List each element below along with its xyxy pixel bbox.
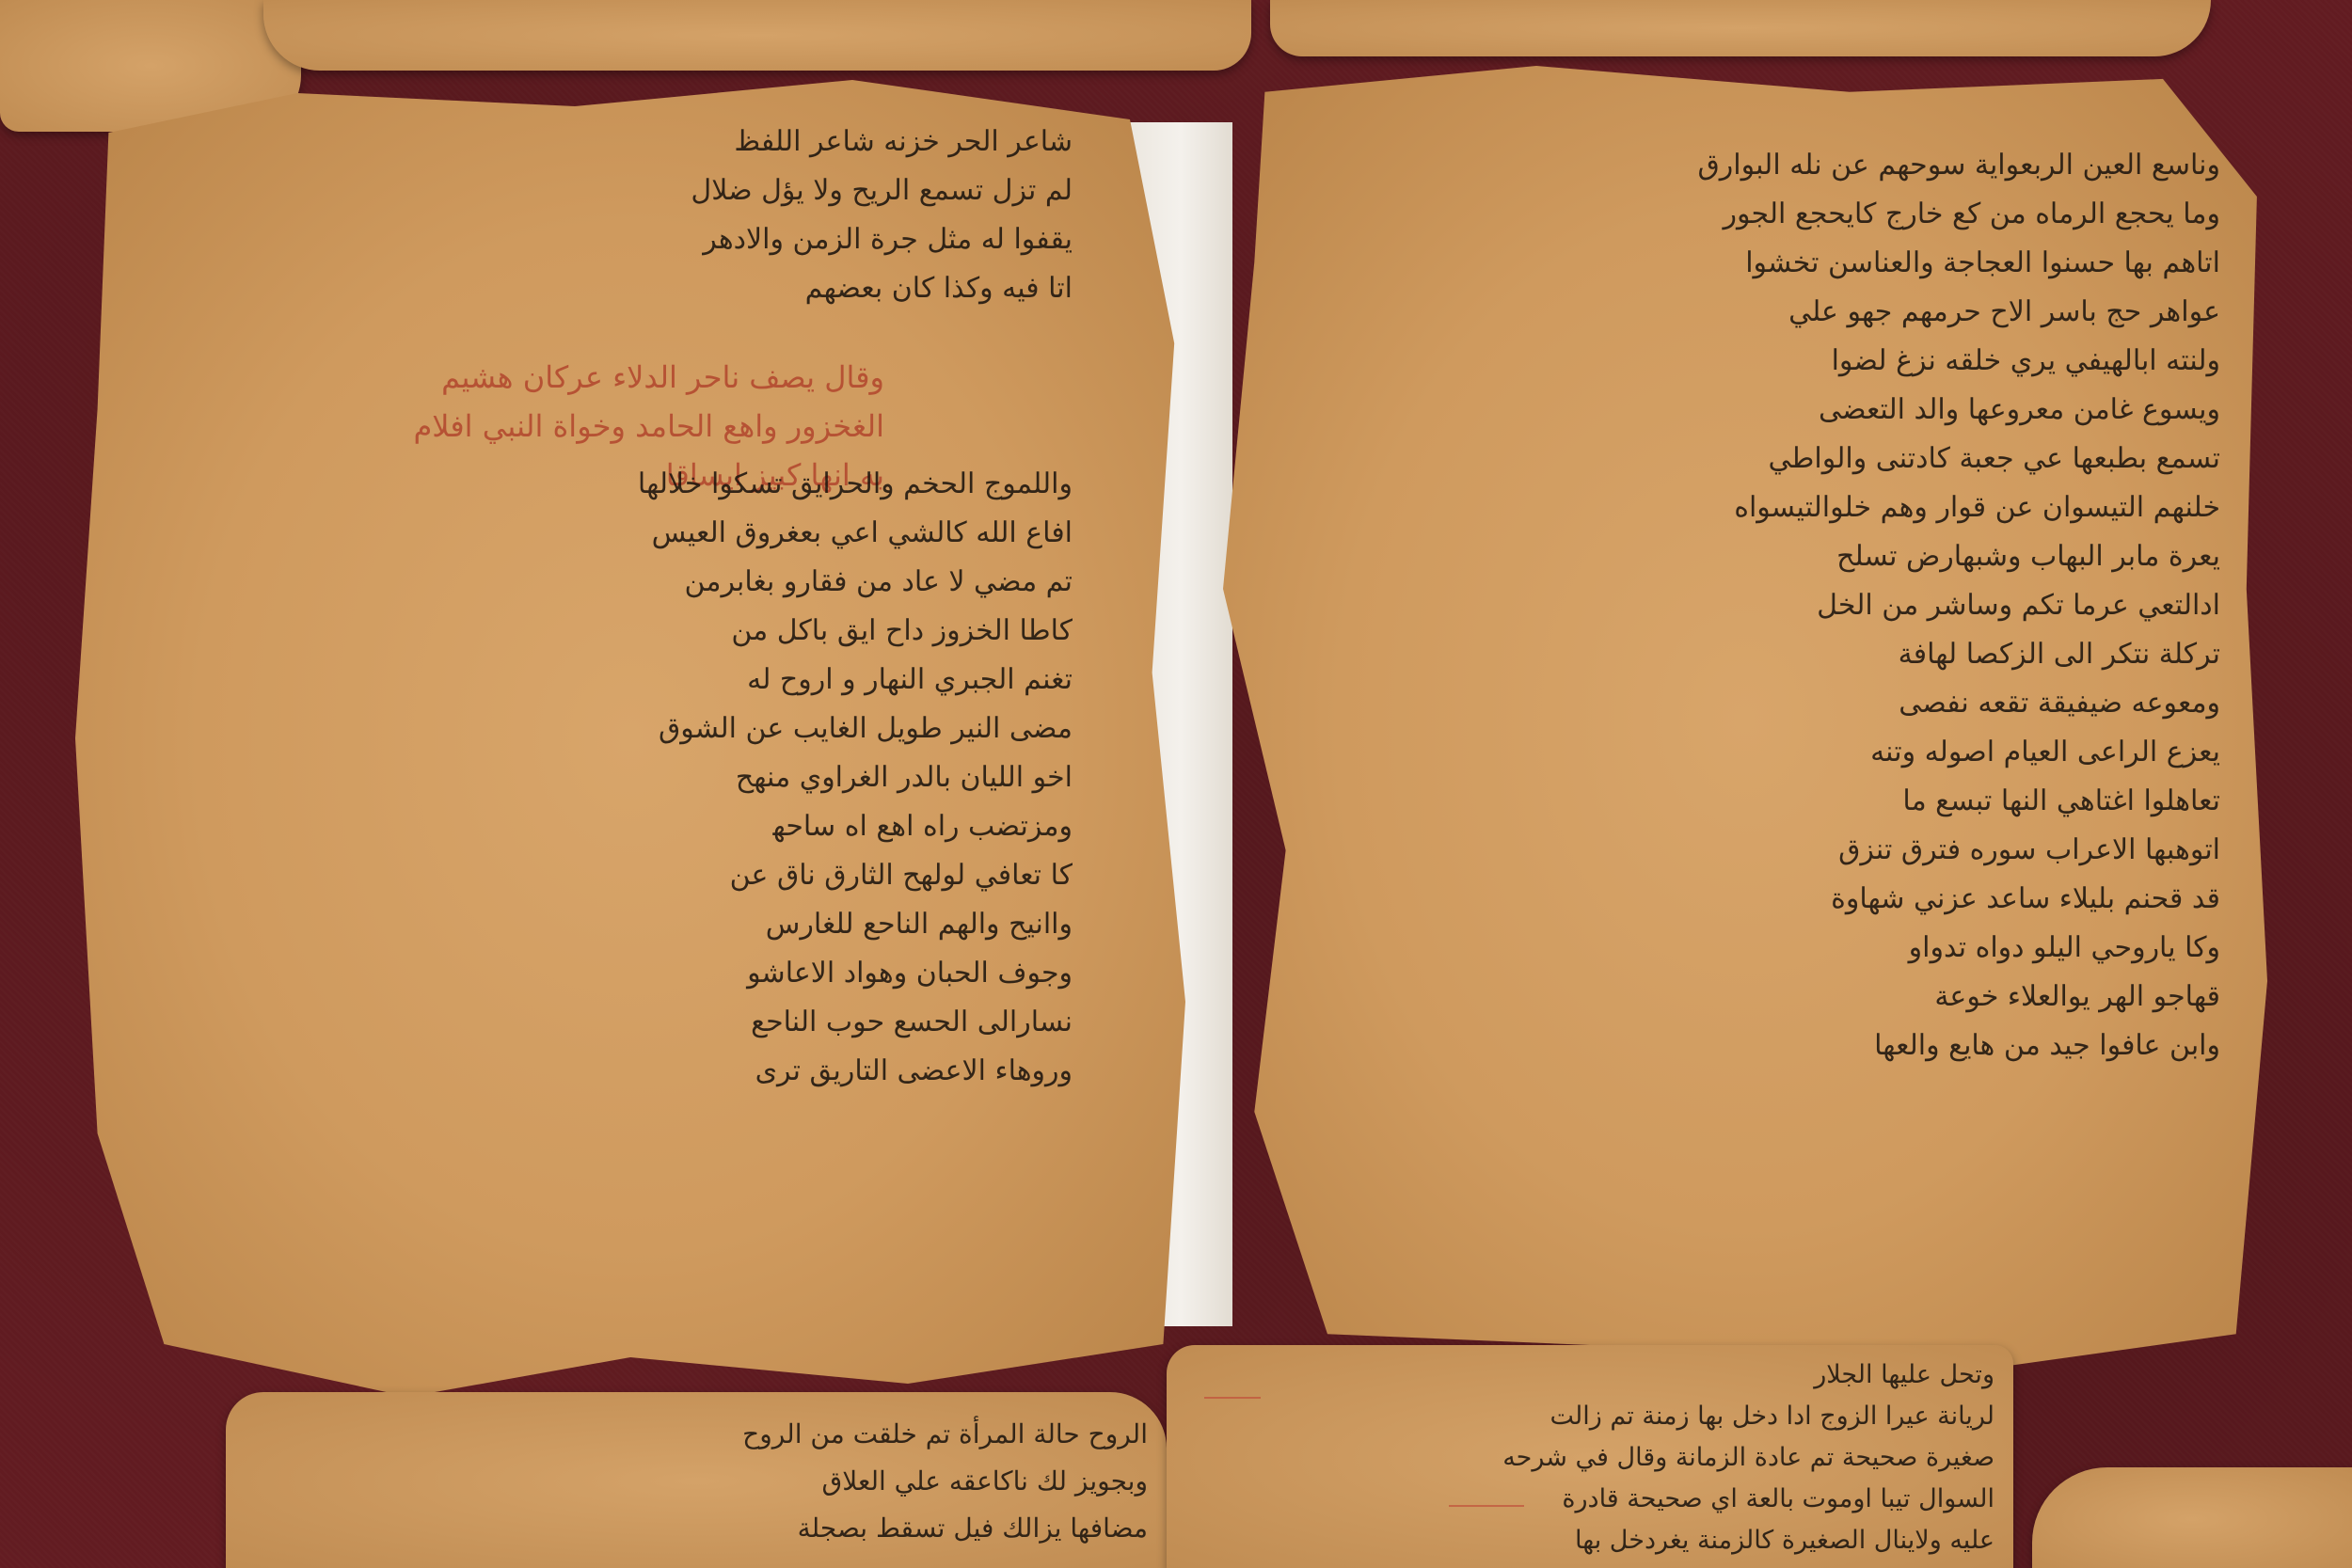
manuscript-text-right: ﻭﻧﺎﺳﻊ ﺍﻟﻌﻴﻦ ﺍﻟﺮﺑﻌﻮﺍﻳﺔ ﺳﻮﺣﻬﻢ ﻋﻦ ﻧﻠﻪ ﺍﻟﺒﻮﺍ… [1279,141,2220,1289]
manuscript-fragment-top-middle [263,0,1251,71]
fragment-text-bottom-left: ﺍﻟﺮﻭﺡ ﺣﺎﻟﺔ ﺍﻟﻤﺮﺃﺓ ﺗﻢ ﺧﻠﻘﺖ ﻣﻦ ﺍﻟﺮﻭﺡ ﻭﺑﺠﻮﻳ… [245,1411,1148,1561]
manuscript-leaf-left: ﻭﻗﺎﻝ ﻳﺼﻒ ﻧﺎﺣﺮ ﺍﻟﺪﻻﺀ ﻋﺮﻛﺎﻥ ﻫﺸﻴﻢ ﺍﻟﻐﺨﺰﻭﺭ ﻭ… [75,80,1185,1397]
manuscript-fragment-top-right [1270,0,2211,56]
fragment-text-bottom-right: ﻭﺗﺤﻞ ﻋﻠﻴﻬﺎ ﺍﻟﺠﻼﺭ ﻟﺮﻳﺎﻧﺔ ﻋﻴﺮﺍ ﺍﻟﺰﻭﺝ ﺍﺩﺍ ﺩ… [1195,1354,1994,1561]
manuscript-text-left: ﺷﺎﻋﺮ ﺍﻟﺤﺮ ﺧﺰﻧﻪ ﺷﺎﻋﺮ ﺍﻟﻠﻔﻆ ﻟﻢ ﺗﺰﻝ ﺗﺴﻤﻊ ﺍﻟ… [263,118,1073,1322]
manuscript-fragment-bottom-left: ﺍﻟﺮﻭﺡ ﺣﺎﻟﺔ ﺍﻟﻤﺮﺃﺓ ﺗﻢ ﺧﻠﻘﺖ ﻣﻦ ﺍﻟﺮﻭﺡ ﻭﺑﺠﻮﻳ… [226,1392,1167,1568]
manuscript-fragment-bottom-right: ﻭﺗﺤﻞ ﻋﻠﻴﻬﺎ ﺍﻟﺠﻼﺭ ﻟﺮﻳﺎﻧﺔ ﻋﻴﺮﺍ ﺍﻟﺰﻭﺝ ﺍﺩﺍ ﺩ… [1167,1345,2013,1568]
manuscript-fragment-bottom-far-right [2032,1467,2352,1568]
manuscript-leaf-right: ﻭﻧﺎﺳﻊ ﺍﻟﻌﻴﻦ ﺍﻟﺮﺑﻌﻮﺍﻳﺔ ﺳﻮﺣﻬﻢ ﻋﻦ ﻧﻠﻪ ﺍﻟﺒﻮﺍ… [1223,66,2267,1373]
